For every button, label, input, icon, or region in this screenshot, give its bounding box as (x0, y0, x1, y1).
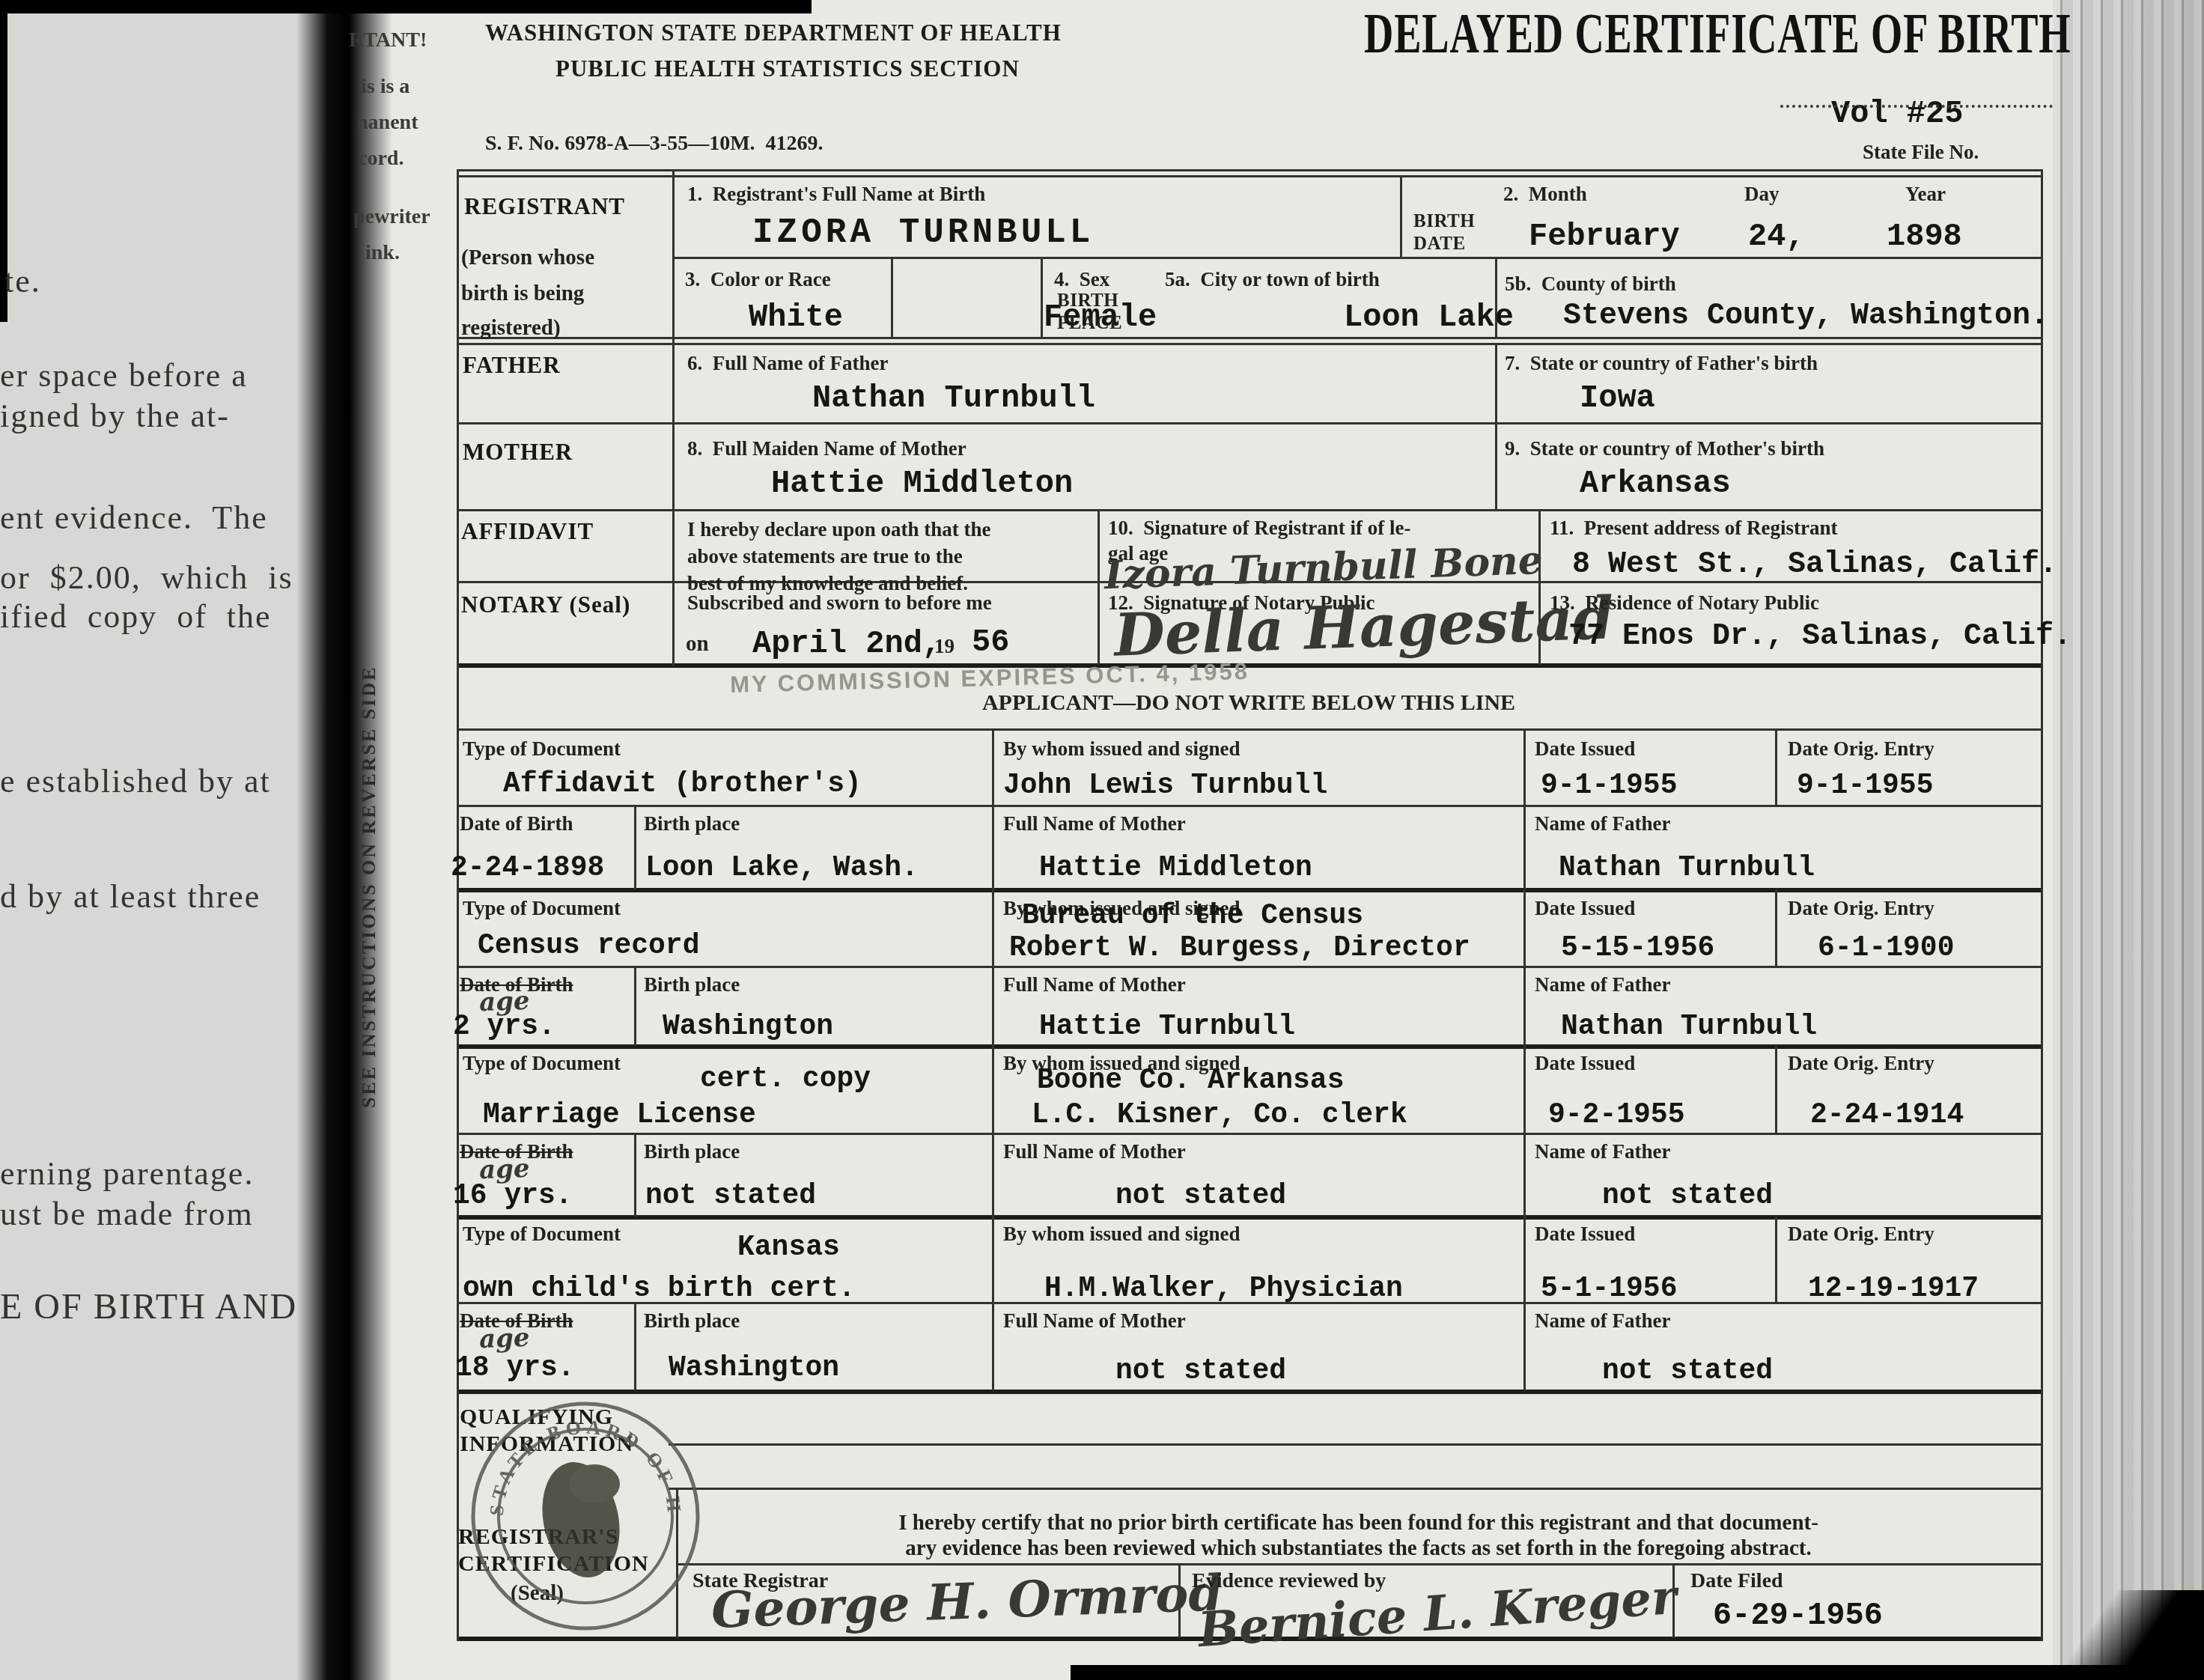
field-10-label: 10. Signature of Registrant if of le- (1108, 517, 1410, 540)
registrant-side-note: birth is being (461, 281, 584, 306)
birth-date-prefix: DATE (1413, 234, 1466, 255)
left-page-fragment: erning parentage. (0, 1154, 254, 1193)
rule (634, 806, 636, 889)
doc-mother-value: Hattie Turnbull (1039, 1011, 1295, 1043)
left-page-fragment: ust be made from (0, 1195, 254, 1233)
left-page-fragment: ent evidence. The (0, 499, 268, 537)
doc-dob-value: 2 yrs. (453, 1011, 555, 1043)
doc-header-type: Type of Document (463, 897, 621, 920)
birth-place-prefix: PLACE (1057, 313, 1122, 334)
doc-header-date-orig: Date Orig. Entry (1788, 897, 1934, 920)
registrant-side-note: registered) (461, 316, 561, 341)
rule (992, 730, 994, 1391)
birth-place-prefix: BIRTH (1057, 290, 1118, 311)
agency-name: WASHINGTON STATE DEPARTMENT OF HEALTH (485, 19, 1062, 46)
doc-header-date-orig: Date Orig. Entry (1788, 737, 1934, 761)
field-2-day-label: Day (1744, 183, 1780, 206)
rule (457, 728, 2042, 731)
field-5a-label: 5a. City or town of birth (1165, 268, 1380, 291)
mother-name-value: Hattie Middleton (771, 466, 1073, 502)
rule (1523, 730, 1526, 1391)
margin-fragment: nanent (356, 111, 418, 135)
left-page-fragment: er space before a (0, 356, 248, 395)
field-8-label: 8. Full Maiden Name of Mother (687, 437, 966, 460)
state-file-label: State File No. (1863, 141, 1979, 164)
notary-residence-value: 77 Enos Dr., Salinas, Calif. (1568, 620, 2071, 654)
doc-father-value: Nathan Turnbull (1559, 852, 1815, 884)
rule (457, 343, 2042, 345)
rule (1775, 730, 1777, 806)
doc-header-date-orig: Date Orig. Entry (1788, 1052, 1934, 1075)
doc-father-value: not stated (1602, 1180, 1773, 1212)
rule (457, 509, 2042, 511)
doc-issued-by-value: Boone Co. Arkansas (1037, 1065, 1344, 1097)
field-3-label: 3. Color or Race (685, 268, 831, 291)
left-page-fragment: ified copy of the (0, 597, 272, 636)
notary-sworn-text: Subscribed and sworn to before me (687, 591, 992, 615)
doc-header-date-issued: Date Issued (1535, 1223, 1635, 1246)
doc-birthplace-value: Washington (669, 1352, 839, 1384)
doc-type-value: own child's birth cert. (463, 1273, 856, 1305)
rule (1041, 258, 1043, 339)
notary-date-value: April 2nd, (752, 626, 941, 662)
rule (1775, 1046, 1777, 1134)
section-label-father: FATHER (463, 352, 561, 379)
doc-date-issued-value: 9-1-1955 (1541, 770, 1677, 802)
doc-subheader-birthplace: Birth place (644, 973, 740, 996)
left-page-fragment: or $2.00, which is (0, 559, 293, 597)
rule (1775, 1217, 1777, 1303)
doc-header-issued-by: By whom issued and signed (1003, 737, 1240, 761)
rule (1775, 889, 1777, 967)
field-11-label: 11. Present address of Registrant (1550, 517, 1837, 540)
rule (669, 1443, 2041, 1446)
rule (457, 169, 2042, 171)
margin-fragment: is is a (361, 75, 410, 99)
doc-date-issued-value: 5-1-1956 (1541, 1273, 1677, 1305)
doc-dob-value: 18 yrs. (455, 1352, 575, 1384)
birth-county-value: Stevens County, Washington. (1563, 299, 2048, 333)
margin-fragment: RTANT! (349, 28, 427, 52)
rule (672, 169, 675, 666)
registrant-address-value: 8 West St., Salinas, Calif. (1572, 548, 2057, 582)
father-name-value: Nathan Turnbull (812, 380, 1095, 416)
doc-subheader-mother: Full Name of Mother (1003, 1309, 1186, 1333)
agency-section: PUBLIC HEALTH STATISTICS SECTION (555, 55, 1020, 82)
doc-subheader-father: Name of Father (1535, 1309, 1670, 1333)
doc-date-orig-value: 12-19-1917 (1808, 1273, 1979, 1305)
doc-mother-value: Hattie Middleton (1039, 852, 1312, 884)
registrant-side-note: (Person whose (461, 246, 594, 270)
notary-on-label: on (686, 632, 709, 657)
doc-issued-by-value: John Lewis Turnbull (1003, 770, 1327, 802)
doc-subheader-mother: Full Name of Mother (1003, 812, 1186, 836)
doc-header-date-issued: Date Issued (1535, 897, 1635, 920)
birth-month-value: February (1529, 219, 1680, 255)
registrant-name-value: IZORA TURNBULL (752, 213, 1094, 252)
doc-header-type: Type of Document (463, 737, 621, 761)
doc-father-value: not stated (1602, 1355, 1773, 1387)
field-13-label: 13. Residence of Notary Public (1550, 591, 1819, 615)
rule (1098, 511, 1100, 665)
doc-header-issued-by: By whom issued and signed (1003, 1223, 1240, 1246)
certification-statement: I hereby certify that no prior birth cer… (676, 1511, 2041, 1536)
rule (457, 1215, 2042, 1220)
state-file-line (1780, 105, 2053, 108)
section-label-registrant: REGISTRANT (464, 193, 625, 220)
doc-father-value: Nathan Turnbull (1561, 1011, 1817, 1043)
rule (457, 337, 2042, 339)
section-label-mother: MOTHER (463, 439, 573, 466)
left-page-fragment: E OF BIRTH AND (0, 1286, 297, 1327)
birth-date-prefix: BIRTH (1413, 211, 1475, 232)
mother-birth-state-value: Arkansas (1580, 466, 1731, 502)
margin-fragment: pewriter (353, 205, 430, 229)
notary-year-prefix: 19 (934, 635, 955, 658)
rule (1495, 344, 1497, 511)
field-9-label: 9. State or country of Mother's birth (1505, 437, 1824, 460)
margin-fragment: cord. (358, 147, 404, 171)
doc-subheader-dob: Date of Birth (460, 812, 573, 836)
rule (1400, 175, 1402, 258)
doc-subheader-birthplace: Birth place (644, 1140, 740, 1163)
doc-header-date-issued: Date Issued (1535, 1052, 1635, 1075)
rule (457, 888, 2042, 892)
doc-type-value: Census record (478, 930, 699, 962)
doc-type-value: cert. copy (700, 1063, 871, 1095)
rule (457, 175, 2042, 177)
doc-subheader-mother: Full Name of Mother (1003, 973, 1186, 996)
left-page-fragment: e established by at (0, 762, 271, 800)
doc-issued-by-value: Bureau of the Census (1022, 900, 1363, 932)
doc-subheader-mother: Full Name of Mother (1003, 1140, 1186, 1163)
doc-date-orig-value: 2-24-1914 (1810, 1099, 1964, 1131)
rule (669, 1488, 2041, 1490)
doc-issued-by-value: H.M.Walker, Physician (1044, 1273, 1403, 1305)
applicant-warning-line: APPLICANT—DO NOT WRITE BELOW THIS LINE (457, 690, 2041, 716)
doc-header-date-orig: Date Orig. Entry (1788, 1223, 1934, 1246)
field-2-month-label: 2. Month (1503, 183, 1587, 206)
spine-vertical-note: SEE INSTRUCTIONS ON REVERSE SIDE (358, 464, 380, 1108)
scan-edge-top (0, 0, 812, 13)
rule (457, 1133, 2042, 1135)
form-number: S. F. No. 6978-A—3-55—10M. 41269. (485, 132, 824, 156)
margin-fragment: ink. (365, 241, 400, 265)
notary-year-value: 56 (972, 624, 1009, 660)
certificate-title: DELAYED CERTIFICATE OF BIRTH (1364, 1, 2071, 67)
scanned-delayed-birth-certificate: te. er space before a igned by the at- e… (0, 0, 2204, 1680)
doc-header-type: Type of Document (463, 1052, 621, 1075)
section-label-affidavit: AFFIDAVIT (461, 518, 594, 545)
rule (457, 1044, 2042, 1049)
rule (457, 805, 2042, 807)
doc-dob-value: 16 yrs. (453, 1180, 573, 1212)
date-filed-label: Date Filed (1690, 1569, 1783, 1593)
section-label-notary: NOTARY (Seal) (461, 591, 630, 618)
birth-day-value: 24, (1748, 219, 1805, 255)
age-annotation: age (478, 1323, 530, 1354)
field-5b-label: 5b. County of birth (1505, 273, 1676, 296)
doc-date-issued-value: 5-15-1956 (1561, 932, 1714, 964)
field-4-label: 4. Sex (1054, 268, 1109, 291)
doc-birthplace-value: Loon Lake, Wash. (645, 852, 919, 884)
evidence-reviewed-label: Evidence reviewed by (1192, 1569, 1386, 1593)
doc-subheader-father: Name of Father (1535, 973, 1670, 996)
doc-mother-value: not stated (1115, 1355, 1286, 1387)
doc-header-date-issued: Date Issued (1535, 737, 1635, 761)
rule (676, 1563, 2041, 1565)
rule (634, 1134, 636, 1217)
birth-city-value: Loon Lake (1344, 299, 1514, 335)
doc-type-value: Affidavit (brother's) (503, 768, 862, 800)
left-page-fragment: te. (4, 262, 41, 300)
doc-subheader-birthplace: Birth place (644, 812, 740, 836)
doc-birthplace-value: not stated (645, 1180, 816, 1212)
left-page-fragment: d by at least three (0, 877, 261, 916)
rule (891, 258, 893, 339)
volume-number: Vol #25 (1831, 96, 1963, 132)
scan-edge-corner (1994, 1590, 2204, 1680)
field-6-label: 6. Full Name of Father (687, 352, 888, 375)
rule (457, 966, 2042, 968)
doc-date-issued-value: 9-2-1955 (1548, 1099, 1684, 1131)
certification-statement: ary evidence has been reviewed which sub… (676, 1536, 2041, 1561)
doc-subheader-birthplace: Birth place (644, 1309, 740, 1333)
field-2-year-label: Year (1905, 183, 1946, 206)
doc-type-value: Kansas (737, 1232, 840, 1264)
doc-date-orig-value: 6-1-1900 (1818, 932, 1954, 964)
doc-issued-by-value: L.C. Kisner, Co. clerk (1032, 1099, 1407, 1131)
left-page-fragment: igned by the at- (0, 397, 230, 435)
doc-mother-value: not stated (1115, 1180, 1286, 1212)
affidavit-declaration: I hereby declare upon oath that the (687, 518, 991, 541)
doc-header-type: Type of Document (463, 1223, 621, 1246)
rule (457, 422, 2042, 424)
doc-dob-value: 2-24-1898 (451, 852, 604, 884)
left-book-page (0, 10, 326, 1680)
birth-year-value: 1898 (1887, 219, 1962, 255)
affidavit-declaration: above statements are true to the (687, 545, 963, 568)
doc-subheader-father: Name of Father (1535, 812, 1670, 836)
rule (672, 257, 2041, 259)
doc-issued-by-value: Robert W. Burgess, Director (1009, 932, 1470, 964)
date-filed-value: 6-29-1956 (1713, 1598, 1883, 1634)
race-value: White (749, 299, 843, 335)
page-edge-shade (2053, 0, 2204, 1680)
doc-subheader-father: Name of Father (1535, 1140, 1670, 1163)
field-1-label: 1. Registrant's Full Name at Birth (687, 183, 985, 206)
father-birth-state-value: Iowa (1580, 380, 1655, 416)
rule (634, 1303, 636, 1391)
rule (634, 967, 636, 1046)
rule (2041, 169, 2043, 1641)
doc-date-orig-value: 9-1-1955 (1797, 770, 1933, 802)
doc-type-value: Marriage License (483, 1099, 756, 1131)
doc-birthplace-value: Washington (663, 1011, 833, 1043)
field-7-label: 7. State or country of Father's birth (1505, 352, 1818, 375)
registrar-seal: STATE BOARD OF HEALTH (452, 1394, 714, 1641)
